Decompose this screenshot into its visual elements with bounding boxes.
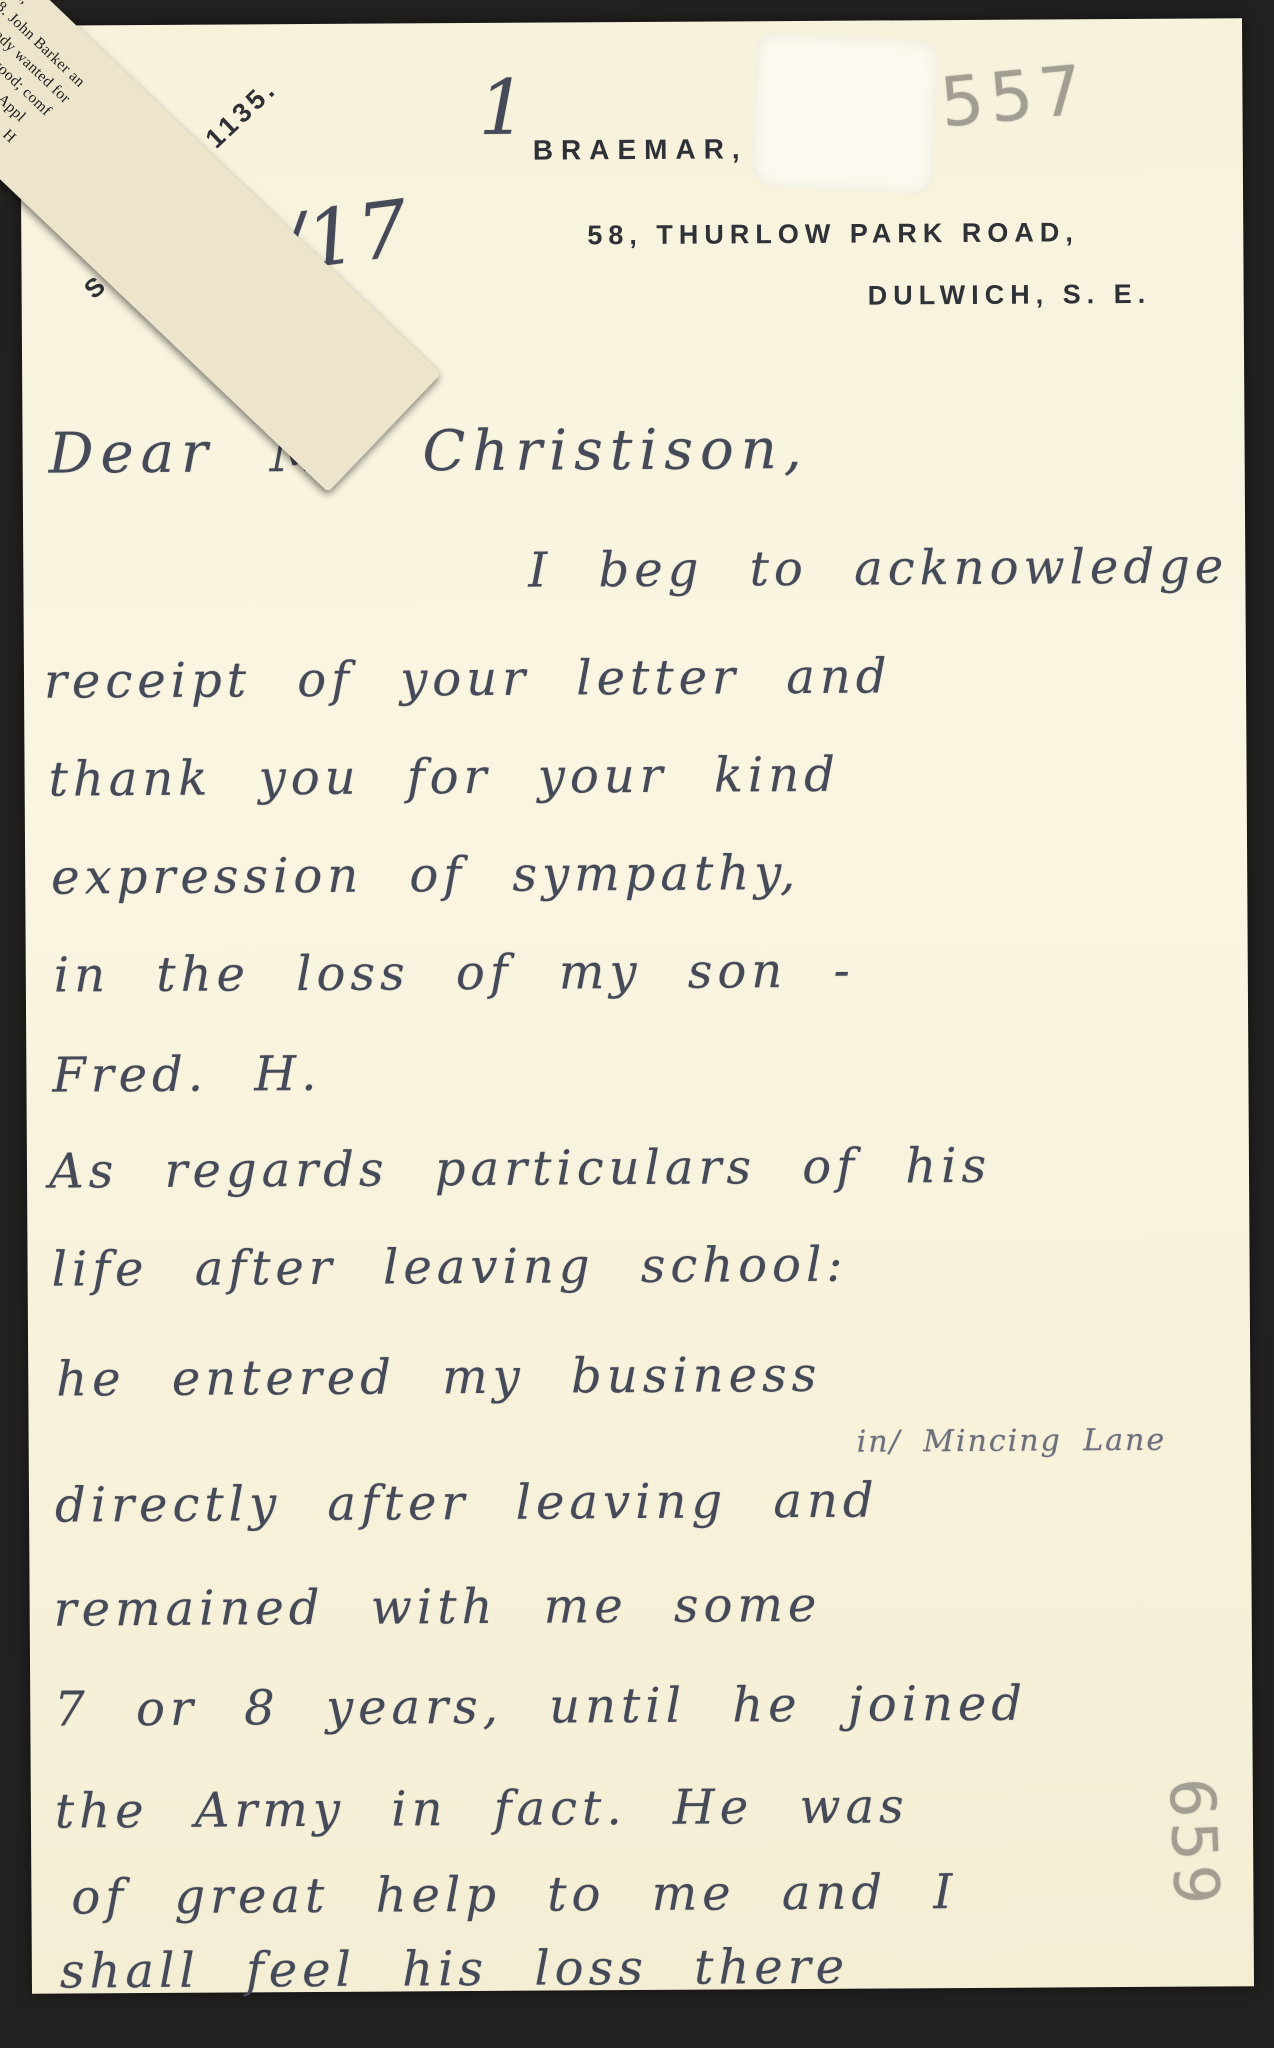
letter-scan: e Times Bureau, igh-street, W.8. John Ba…	[0, 0, 1274, 2048]
pencil-mark-top-right: 557	[937, 51, 1092, 143]
body-line: Fred. H.	[52, 1046, 321, 1104]
sticker-remnant	[750, 33, 939, 195]
body-line: As regards particulars of his	[49, 1138, 991, 1200]
body-line: thank you for your kind	[48, 747, 840, 808]
body-line: expression of sympathy,	[51, 845, 800, 906]
letterhead-street: 58, THURLOW PARK ROAD,	[587, 217, 1079, 251]
body-line: he entered my business	[56, 1347, 821, 1408]
body-line: remained with me some	[54, 1577, 822, 1638]
body-line: directly after leaving and	[55, 1473, 879, 1534]
body-line: receipt of your letter and	[44, 648, 892, 709]
letterhead-phone-fragment-right: 1135.	[200, 73, 284, 155]
body-line: 7 or 8 years, until he joined	[54, 1676, 1027, 1738]
letter-page: e Times Bureau, igh-street, W.8. John Ba…	[20, 18, 1254, 1993]
page-number: 1	[478, 63, 527, 152]
body-line: of great help to me and I	[71, 1864, 957, 1925]
letterhead-district: DULWICH, S. E.	[868, 279, 1152, 312]
pencil-mark-bottom-right: 659	[1155, 1776, 1233, 1909]
interlinear-insertion: in/ Mincing Lane	[857, 1423, 1167, 1460]
body-line: life after leaving school:	[51, 1237, 847, 1298]
body-line: the Army in fact. He was	[55, 1778, 909, 1839]
body-line: shall feel his loss there	[60, 1939, 850, 2000]
body-line: I beg to acknowledge	[528, 538, 1228, 598]
letterhead-house-name: BRAEMAR,	[533, 133, 748, 166]
salutation: Dear Mr Christison,	[48, 417, 808, 487]
body-line: in the loss of my son -	[54, 943, 855, 1004]
